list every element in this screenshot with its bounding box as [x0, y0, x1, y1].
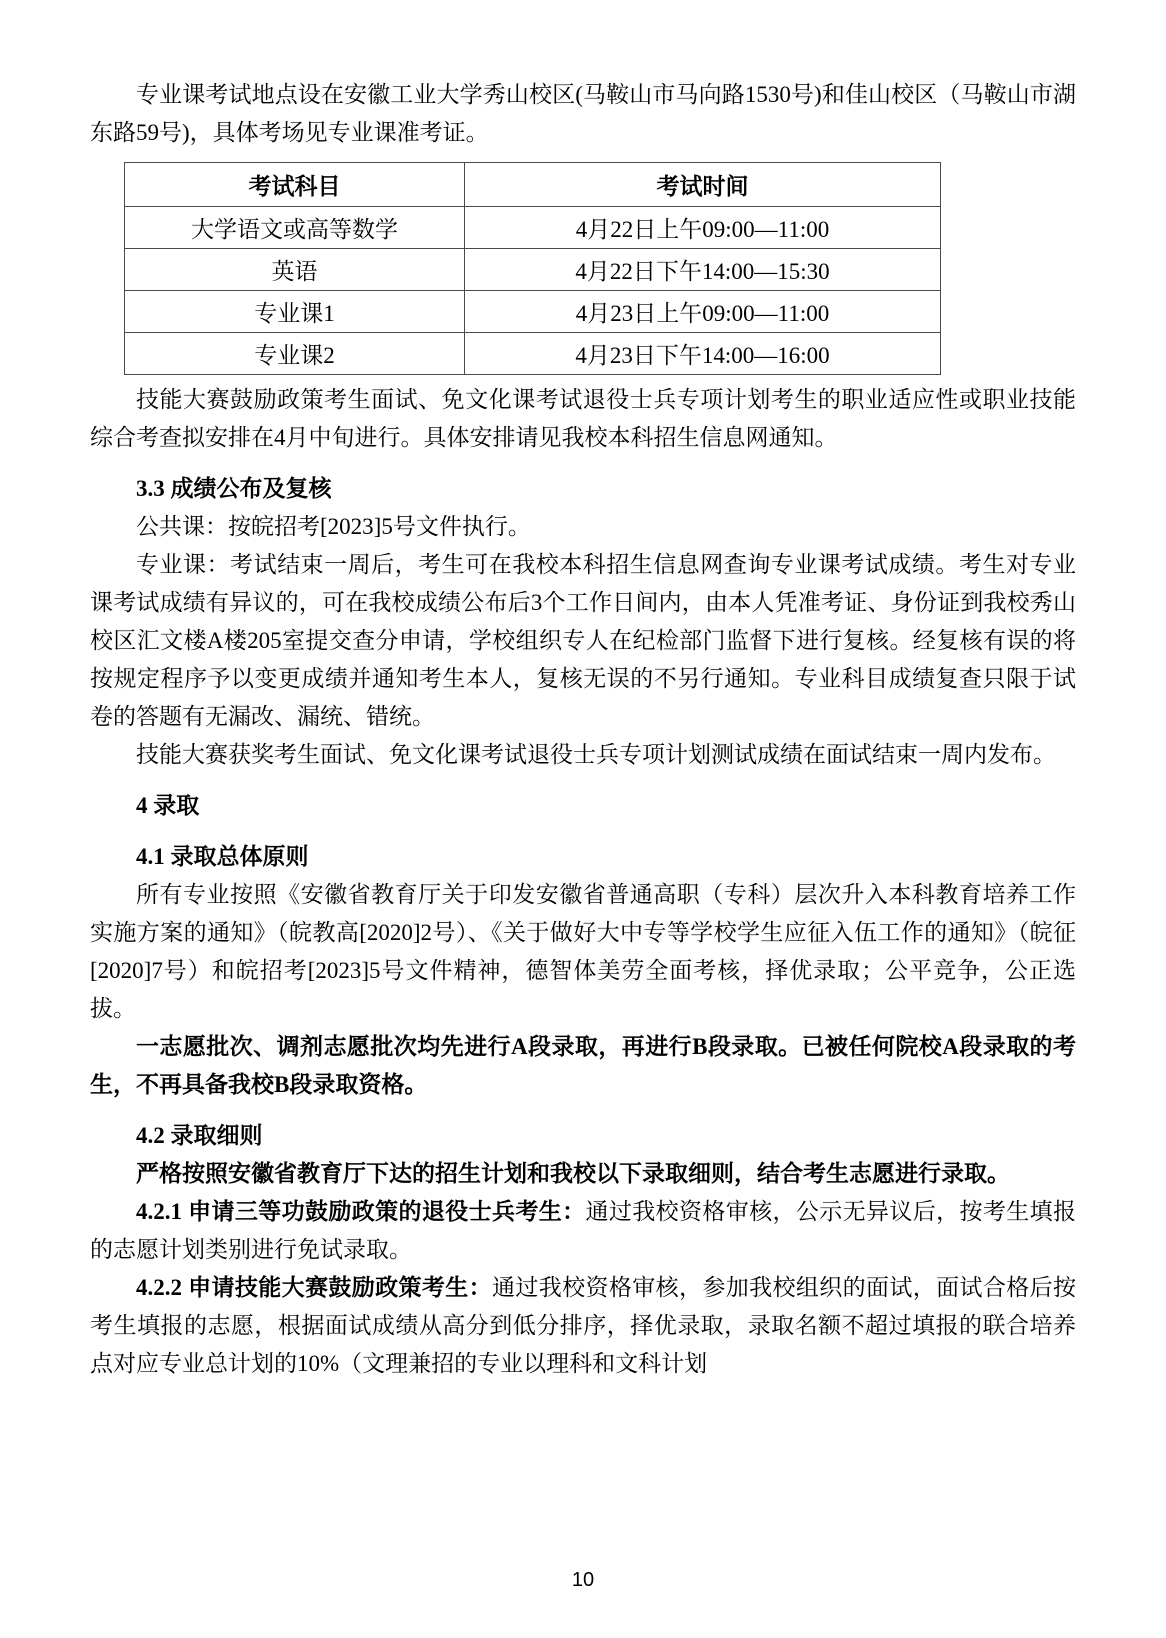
rule-422-lead: 4.2.2 申请技能大赛鼓励政策考生： — [136, 1275, 492, 1300]
time-cell: 4月23日上午09:00—11:00 — [465, 291, 941, 333]
table-row: 专业课1 4月23日上午09:00—11:00 — [125, 291, 941, 333]
rule-421-lead: 4.2.1 申请三等功鼓励政策的退役士兵考生： — [136, 1199, 586, 1224]
rule-421-paragraph: 4.2.1 申请三等功鼓励政策的退役士兵考生：通过我校资格审核，公示无异议后，按… — [90, 1193, 1076, 1269]
section-heading-4-2: 4.2 录取细则 — [90, 1117, 1076, 1155]
interview-arrangement-paragraph: 技能大赛鼓励政策考生面试、免文化课考试退役士兵专项计划考生的职业适应性或职业技能… — [90, 381, 1076, 457]
table-row: 大学语文或高等数学 4月22日上午09:00—11:00 — [125, 207, 941, 249]
subject-cell: 大学语文或高等数学 — [125, 207, 465, 249]
section-heading-3-3: 3.3 成绩公布及复核 — [90, 470, 1076, 508]
table-row: 英语 4月22日下午14:00—15:30 — [125, 249, 941, 291]
skill-award-result-paragraph: 技能大赛获奖考生面试、免文化课考试退役士兵专项计划测试成绩在面试结束一周内发布。 — [90, 736, 1076, 774]
section-heading-4-1: 4.1 录取总体原则 — [90, 838, 1076, 876]
intro-paragraph: 专业课考试地点设在安徽工业大学秀山校区(马鞍山市马向路1530号)和佳山校区（马… — [90, 76, 1076, 152]
public-course-paragraph: 公共课：按皖招考[2023]5号文件执行。 — [90, 508, 1076, 546]
page-number: 10 — [0, 1569, 1166, 1592]
time-cell: 4月23日下午14:00—16:00 — [465, 333, 941, 375]
column-header-subject: 考试科目 — [125, 163, 465, 207]
table-header-row: 考试科目 考试时间 — [125, 163, 941, 207]
batch-order-paragraph: 一志愿批次、调剂志愿批次均先进行A段录取，再进行B段录取。已被任何院校A段录取的… — [90, 1028, 1076, 1104]
major-course-paragraph: 专业课：考试结束一周后，考生可在我校本科招生信息网查询专业课考试成绩。考生对专业… — [90, 546, 1076, 736]
admission-principle-paragraph: 所有专业按照《安徽省教育厅关于印发安徽省普通高职（专科）层次升入本科教育培养工作… — [90, 876, 1076, 1028]
time-cell: 4月22日上午09:00—11:00 — [465, 207, 941, 249]
subject-cell: 英语 — [125, 249, 465, 291]
column-header-time: 考试时间 — [465, 163, 941, 207]
exam-schedule-table: 考试科目 考试时间 大学语文或高等数学 4月22日上午09:00—11:00 英… — [124, 162, 941, 375]
rule-422-paragraph: 4.2.2 申请技能大赛鼓励政策考生：通过我校资格审核，参加我校组织的面试，面试… — [90, 1269, 1076, 1383]
subject-cell: 专业课1 — [125, 291, 465, 333]
subject-cell: 专业课2 — [125, 333, 465, 375]
section-heading-4: 4 录取 — [90, 787, 1076, 825]
time-cell: 4月22日下午14:00—15:30 — [465, 249, 941, 291]
document-page: 专业课考试地点设在安徽工业大学秀山校区(马鞍山市马向路1530号)和佳山校区（马… — [0, 0, 1166, 1638]
strict-plan-paragraph: 严格按照安徽省教育厅下达的招生计划和我校以下录取细则，结合考生志愿进行录取。 — [90, 1155, 1076, 1193]
table-row: 专业课2 4月23日下午14:00—16:00 — [125, 333, 941, 375]
